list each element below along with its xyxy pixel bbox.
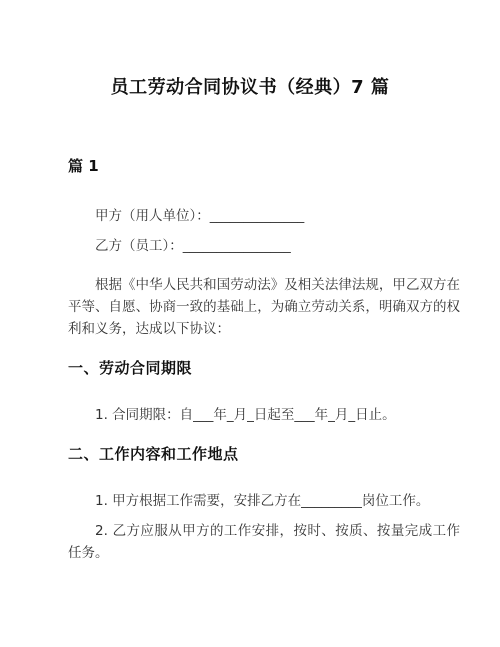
section-2-clause-2: 2. 乙方应服从甲方的工作安排，按时、按质、按量完成工作任务。: [68, 520, 460, 564]
party-b-blank-underline: ________________: [183, 238, 291, 254]
intro-paragraph: 根据《中华人民共和国劳动法》及相关法律法规，甲乙双方在平等、自愿、协商一致的基础…: [68, 274, 460, 340]
section-2-heading: 二、工作内容和工作地点: [68, 444, 460, 464]
party-b-label: 乙方（员工）：: [95, 238, 183, 254]
contract-document-page: 员工劳动合同协议书（经典）7 篇 篇 1 甲方（用人单位）：__________…: [0, 0, 500, 647]
section-1-clause-1: 1. 合同期限：自___年_月_日起至___年_月_日止。: [68, 404, 460, 426]
party-a-blank-underline: ______________: [210, 208, 305, 224]
party-a-line: 甲方（用人单位）：______________: [68, 206, 460, 226]
document-title: 员工劳动合同协议书（经典）7 篇: [20, 0, 480, 100]
section-1-heading: 一、劳动合同期限: [68, 358, 460, 378]
party-b-line: 乙方（员工）：________________: [68, 236, 460, 256]
party-a-label: 甲方（用人单位）：: [95, 208, 210, 224]
section-2-clause-1: 1. 甲方根据工作需要，安排乙方在_________岗位工作。: [68, 490, 460, 512]
part-label: 篇 1: [68, 156, 460, 176]
